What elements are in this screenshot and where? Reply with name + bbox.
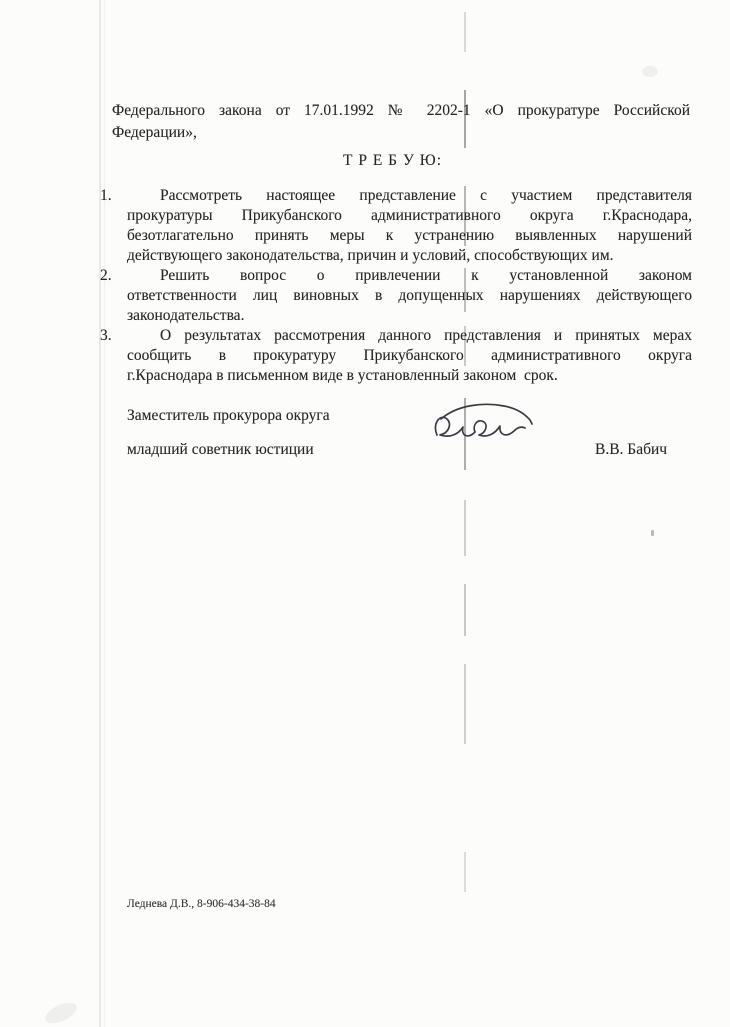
item-line: сообщить в прокуратуру Прикубанского адм… <box>127 346 692 366</box>
item-number: 3. <box>100 326 112 346</box>
page-fold-line-faint <box>104 0 105 1027</box>
item-line: Решить вопрос о привлечении к установлен… <box>127 266 692 286</box>
item-line: г.Краснодара в письменном виде в установ… <box>127 366 692 386</box>
scan-crease-segment <box>464 852 466 892</box>
scan-smudge <box>42 999 80 1027</box>
scan-smudge <box>642 66 658 77</box>
scan-crease-segment <box>464 584 466 636</box>
signer-position-line-1: Заместитель прокурора округа <box>127 406 330 426</box>
footer-contact: Леднева Д.В., 8-906-434-38-84 <box>127 897 276 911</box>
document-page: Федерального закона от 17.01.1992 № 2202… <box>0 0 730 1027</box>
item-line: законодательства. <box>127 306 692 326</box>
item-line: прокуратуры Прикубанского административн… <box>127 206 692 226</box>
item-line: безотлагательно принять меры к устранени… <box>127 226 692 246</box>
item-number: 1. <box>100 186 112 206</box>
signer-name: В.В. Бабич <box>595 440 667 460</box>
demands-list: 1. Рассмотреть настоящее представление с… <box>127 186 692 386</box>
page-fold-line <box>99 0 101 1027</box>
item-line: О результатах рассмотрения данного предс… <box>127 326 692 346</box>
item-line: действующего законодательства, причин и … <box>127 246 692 266</box>
list-item-1: 1. Рассмотреть настоящее представление с… <box>127 186 692 266</box>
intro-paragraph: Федерального закона от 17.01.1992 № 2202… <box>112 100 690 144</box>
scan-crease-segment <box>464 500 466 556</box>
intro-line-2: Федерации», <box>112 122 690 144</box>
intro-line-1: Федерального закона от 17.01.1992 № 2202… <box>112 100 690 122</box>
list-item-2: 2. Решить вопрос о привлечении к установ… <box>127 266 692 326</box>
scan-speck <box>651 530 654 536</box>
list-item-3: 3. О результатах рассмотрения данного пр… <box>127 326 692 386</box>
scan-crease-segment <box>464 664 466 744</box>
demand-heading: Т Р Е Б У Ю: <box>343 151 442 171</box>
item-line: ответственности лиц виновных в допущенны… <box>127 286 692 306</box>
signer-position-line-2: младший советник юстиции <box>127 440 314 460</box>
handwritten-signature <box>425 394 543 452</box>
item-number: 2. <box>100 266 112 286</box>
scan-crease-segment <box>464 12 466 52</box>
item-line: Рассмотреть настоящее представление с уч… <box>127 186 692 206</box>
